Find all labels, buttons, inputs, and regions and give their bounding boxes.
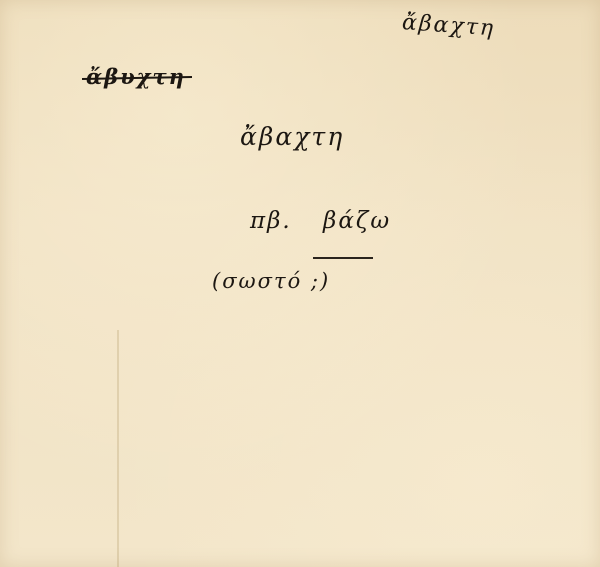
underline-rule	[313, 257, 373, 259]
main-headword: ἄβαχτη	[240, 124, 344, 149]
paper-fold-line	[117, 330, 119, 567]
cross-reference: πβ. βάζω	[250, 210, 391, 233]
query-note: (σωστό ;)	[212, 271, 330, 292]
manuscript-slip: ἄβαχτη ἄβυχτη ἄβαχτη πβ. βάζω (σωστό ;)	[0, 0, 600, 567]
corner-headword: ἄβαχτη	[401, 12, 495, 40]
struck-out-headword: ἄβυχτη	[86, 66, 186, 87]
